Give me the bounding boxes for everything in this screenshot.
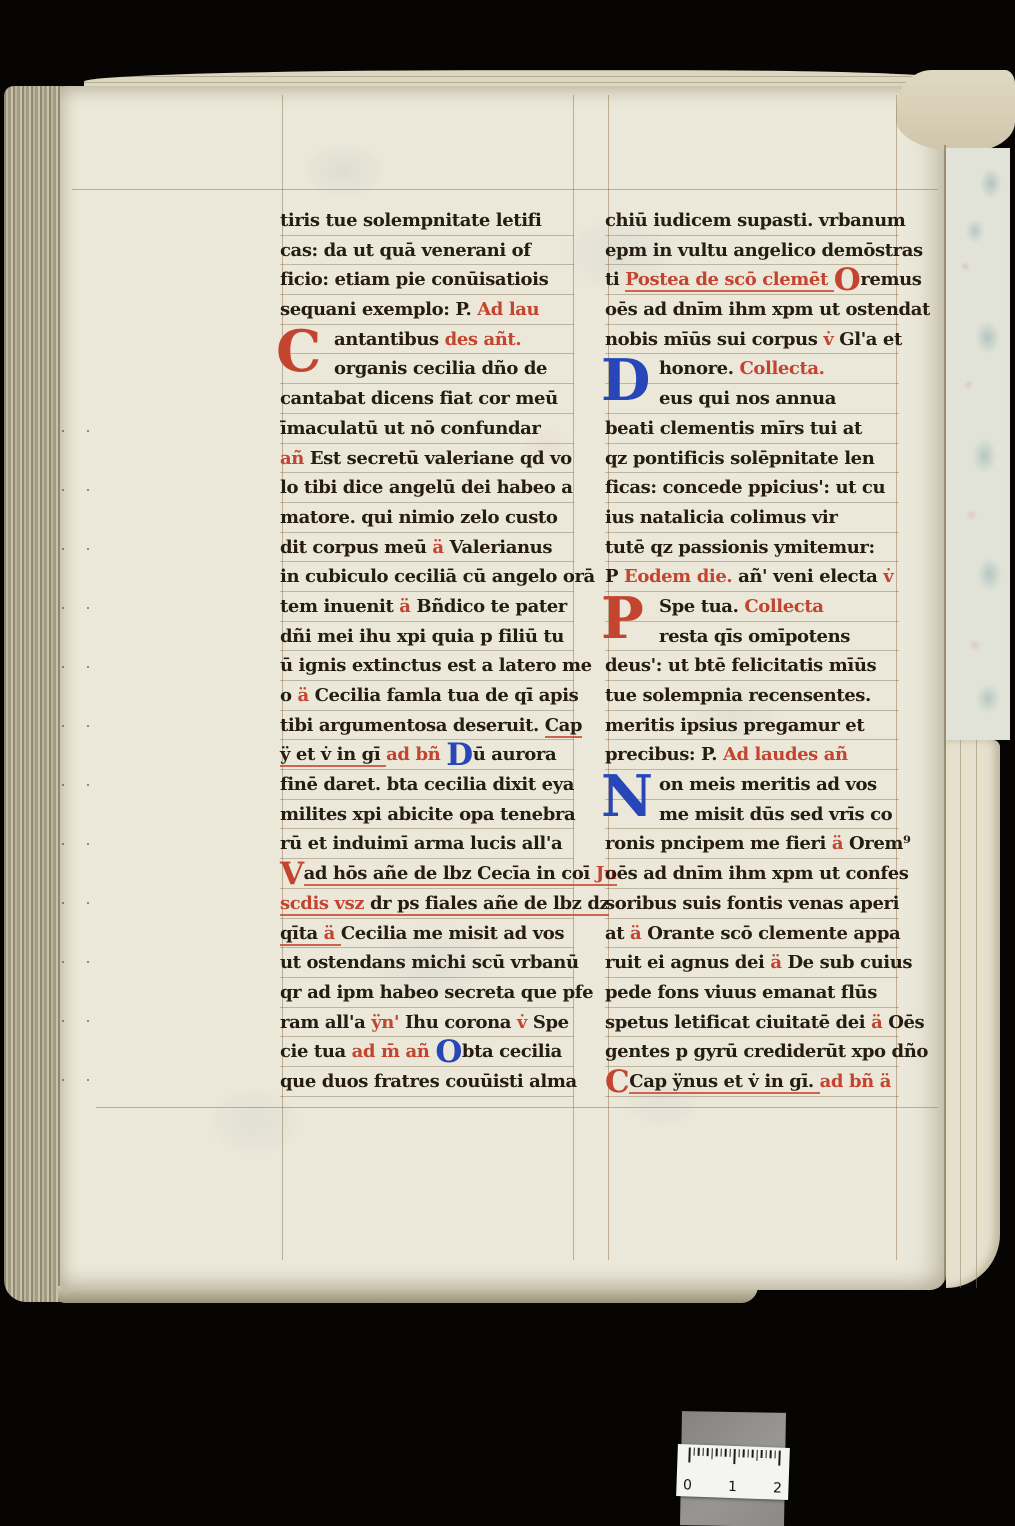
text-segment: finē daret. bta cecilia dixit eya (280, 774, 574, 795)
text-segment: qr ad ipm habeo secreta que pfe (280, 982, 593, 1003)
text-line: CCap ÿnus et v̇ in gī. ad bñ ä (605, 1067, 899, 1097)
text-segment: cie tua (280, 1041, 352, 1062)
text-segment: Cap (545, 715, 582, 738)
text-line: ram all'a ÿn' Ihu corona v̇ Spe (280, 1008, 574, 1038)
text-segment: Bñdico te pater (416, 596, 567, 617)
text-line: Cantantibus des añt. (280, 325, 574, 355)
ruler-label: 1 (728, 1479, 737, 1495)
text-line: tutē qz passionis ymitemur: (605, 533, 899, 563)
text-line: scdis vsz dr ps fiales añe de lbz dz (280, 889, 574, 919)
text-segment: ut ostendans michi scū vrbanū (280, 952, 579, 973)
text-segment: soribus suis fontis venas aperi (605, 893, 899, 914)
text-line: sequani exemplo: P. Ad lau (280, 295, 574, 325)
text-segment: v̇ (517, 1012, 533, 1033)
ruler-tick (688, 1447, 690, 1462)
text-segment: Est secretū valeriane qd vo (310, 448, 572, 469)
text-segment: ä (432, 537, 449, 558)
text-segment: Orante scō clemente appa (647, 923, 900, 944)
ruler-tick (738, 1449, 740, 1457)
text-segment: ū ignis extinctus est a latero me (280, 655, 592, 676)
ruler-tick (693, 1448, 695, 1456)
text-line: chiū iudicem supasti. vrbanum (605, 206, 899, 236)
text-line: at ä Orante scō clemente appa (605, 919, 899, 949)
text-segment: lo tibi dice angelū dei habeo a (280, 477, 573, 498)
text-segment: Postea de scō clemēt (625, 269, 834, 292)
text-line: ruit ei agnus dei ä De sub cuius (605, 948, 899, 978)
ruler-tick (752, 1450, 754, 1458)
text-line: oēs ad dnīm ihm xpm ut confes (605, 859, 899, 889)
text-line: matore. qui nimio zelo custo (280, 503, 574, 533)
text-segment: Oēs (888, 1012, 924, 1033)
text-segment: v̇ (823, 329, 839, 350)
text-segment: bta cecilia (462, 1041, 562, 1062)
text-segment: ram all'a (280, 1012, 371, 1033)
text-line: beati clementis mīrs tui at (605, 414, 899, 444)
text-line: qr ad ipm habeo secreta que pfe (280, 978, 574, 1008)
illuminated-initial: O (834, 271, 861, 289)
marbled-endpaper (946, 148, 1010, 740)
text-segment: eus qui nos annua (659, 388, 836, 409)
text-line: dñi mei ihu xpi quia p filiū tu (280, 622, 574, 652)
ruler-label: 2 (773, 1480, 782, 1496)
text-segment: v̇ (883, 566, 893, 587)
text-segment: ti (605, 269, 625, 290)
text-segment: epm in vultu angelico demōstras (605, 240, 923, 261)
text-segment: ad bñ ä (820, 1071, 891, 1092)
text-line: resta qīs omīpotens (605, 622, 899, 652)
text-segment: dr ps fiales añe de lbz dz (370, 893, 609, 916)
text-line: pede fons viuus emanat flūs (605, 978, 899, 1008)
text-line: cas: da ut quā venerani of (280, 236, 574, 266)
text-line: añ Est secretū valeriane qd vo (280, 444, 574, 474)
text-segment: on meis meritis ad vos (659, 774, 877, 795)
text-segment: añ (280, 448, 310, 469)
text-line: gentes p gyrū crediderūt xpo dño (605, 1037, 899, 1067)
ruling-line-top (72, 189, 938, 190)
text-segment: honore. (659, 358, 739, 379)
ruler-tick (778, 1451, 780, 1466)
text-segment: des añt. (445, 329, 522, 350)
text-segment: tutē qz passionis ymitemur: (605, 537, 875, 558)
text-segment: ius natalicia colimus vir (605, 507, 837, 528)
text-line: ficio: etiam pie conūisatiois (280, 265, 574, 295)
text-line: oēs ad dnīm ihm xpm ut ostendat (605, 295, 899, 325)
text-segment: rū et induimī arma lucis all'a (280, 833, 562, 854)
text-segment: Ihu corona (405, 1012, 517, 1033)
text-segment: Ad lau (477, 299, 539, 320)
text-segment: remus (860, 269, 921, 290)
ruler-tick (765, 1450, 767, 1458)
text-line: meritis ipsius pregamur et (605, 711, 899, 741)
text-line: tiris tue solempnitate letifi (280, 206, 574, 236)
text-segment: Cecilia me misit ad vos (341, 923, 564, 944)
text-segment: dit corpus meū (280, 537, 432, 558)
text-segment: ad m̄ añ (352, 1041, 436, 1062)
text-line: milites xpi abicite opa tenebra (280, 800, 574, 830)
text-segment: ä (770, 952, 787, 973)
text-segment: ad bñ (386, 744, 446, 765)
ruler-tick (747, 1449, 749, 1457)
text-segment: Spe tua. (659, 596, 744, 617)
text-line: in cubiculo ceciliā cū angelo orā (280, 562, 574, 592)
ruling-line-bottom (96, 1107, 938, 1108)
text-segment: milites xpi abicite opa tenebra (280, 804, 575, 825)
ruler-tick (707, 1448, 709, 1456)
pricking-marks (62, 430, 64, 1095)
page-stack-fore-edge (4, 86, 62, 1302)
ruler-tick (725, 1449, 727, 1457)
text-segment: Ad laudes añ (723, 744, 848, 765)
text-segment: beati clementis mīrs tui at (605, 418, 862, 439)
text-segment: tiris tue solempnitate letifi (280, 210, 541, 231)
ruler-tick (743, 1449, 745, 1457)
text-segment: matore. qui nimio zelo custo (280, 507, 557, 528)
text-segment: antantibus (334, 329, 445, 350)
text-line: ronis pncipem me fieri ä Orem⁹ (605, 829, 899, 859)
text-segment: Collecta (744, 596, 823, 617)
text-segment: pede fons viuus emanat flūs (605, 982, 877, 1003)
text-line: organis cecilia dño de (280, 354, 574, 384)
text-segment: que duos fratres couūisti alma (280, 1071, 577, 1092)
text-segment: ä (297, 685, 314, 706)
text-segment: ficas: concede ppicius': ut cu (605, 477, 885, 498)
text-line: soribus suis fontis venas aperi (605, 889, 899, 919)
text-line: rū et induimī arma lucis all'a (280, 829, 574, 859)
text-segment: oēs ad dnīm ihm xpm ut ostendat (605, 299, 930, 320)
text-line: qz pontificis solēpnitate len (605, 444, 899, 474)
text-line: ū ignis extinctus est a latero me (280, 651, 574, 681)
text-segment: ä (324, 923, 341, 946)
ruler-tick (733, 1449, 735, 1464)
text-segment: meritis ipsius pregamur et (605, 715, 864, 736)
gutter-crease (944, 145, 946, 1280)
text-line: Vad hōs añe de lbz Cecīa in coī Ju (280, 859, 574, 889)
text-line: lo tibi dice angelū dei habeo a (280, 473, 574, 503)
text-segment: chiū iudicem supasti. vrbanum (605, 210, 905, 231)
text-segment: tue solempnia recensentes. (605, 685, 871, 706)
leaf-crease (976, 740, 977, 1288)
text-segment: tibi argumentosa deseruit. (280, 715, 545, 736)
text-line: ius natalicia colimus vir (605, 503, 899, 533)
text-segment: deus': ut btē felicitatis mīūs (605, 655, 876, 676)
text-segment: at (605, 923, 630, 944)
text-line: tibi argumentosa deseruit. Cap (280, 711, 574, 741)
leaf-crease (960, 740, 961, 1288)
text-line: cantabat dicens fiat cor meū (280, 384, 574, 414)
text-segment: De sub cuius (787, 952, 912, 973)
text-segment: cantabat dicens fiat cor meū (280, 388, 558, 409)
text-column-right: chiū iudicem supasti. vrbanumepm in vult… (605, 206, 899, 1097)
text-line: Dhonore. Collecta. (605, 354, 899, 384)
ruler-tick (761, 1450, 763, 1458)
illuminated-initial: C (605, 1073, 629, 1091)
manuscript-photo: tiris tue solempnitate letificas: da ut … (0, 0, 1015, 1526)
ruler-tick (729, 1449, 731, 1457)
ruler-tick (770, 1450, 772, 1458)
vellum-cover-corner (896, 70, 1015, 152)
illuminated-initial: P (601, 590, 643, 647)
text-segment: Collecta. (739, 358, 824, 379)
right-leaf-edge (946, 740, 1000, 1288)
text-segment: me misit dūs sed vrīs co (659, 804, 892, 825)
text-line: dit corpus meū ä Valerianus (280, 533, 574, 563)
illuminated-initial: V (280, 865, 304, 883)
text-segment: spetus letificat ciuitatē dei (605, 1012, 871, 1033)
text-segment: Cecilia famla tua de qī apis (315, 685, 579, 706)
text-segment: ä (871, 1012, 888, 1033)
text-line: o ä Cecilia famla tua de qī apis (280, 681, 574, 711)
text-segment: īmaculatū ut nō confundar (280, 418, 541, 439)
text-line: cie tua ad m̄ añ Obta cecilia (280, 1037, 574, 1067)
scale-ruler: 0 1 2 (676, 1444, 790, 1500)
text-segment: ÿ et v̇ in gī (280, 744, 386, 767)
ruler-tick (711, 1448, 713, 1459)
illuminated-initial: C (276, 323, 321, 380)
text-segment: resta qīs omīpotens (659, 626, 850, 647)
text-line: spetus letificat ciuitatē dei ä Oēs (605, 1008, 899, 1038)
text-segment: sequani exemplo: P. (280, 299, 477, 320)
text-segment: ä (399, 596, 416, 617)
text-segment: ruit ei agnus dei (605, 952, 770, 973)
text-segment: Gl'a et (839, 329, 902, 350)
text-line: ÿ et v̇ in gī ad bñ Dū aurora (280, 740, 574, 770)
text-segment: ä (630, 923, 647, 944)
text-line: finē daret. bta cecilia dixit eya (280, 770, 574, 800)
text-segment: Orem⁹ (849, 833, 911, 854)
illuminated-initial: N (601, 768, 653, 825)
illuminated-initial: O (435, 1043, 462, 1061)
text-line: P Eodem die. añ' veni electa v̇ (605, 562, 899, 592)
text-segment: scdis vsz (280, 893, 370, 916)
text-segment: Valerianus (450, 537, 553, 558)
text-column-left: tiris tue solempnitate letificas: da ut … (280, 206, 574, 1097)
ruler-tick (716, 1448, 718, 1456)
text-segment: in cubiculo ceciliā cū angelo orā (280, 566, 595, 587)
text-line: tue solempnia recensentes. (605, 681, 899, 711)
text-line: ficas: concede ppicius': ut cu (605, 473, 899, 503)
text-segment: gentes p gyrū crediderūt xpo dño (605, 1041, 928, 1062)
text-line: Non meis meritis ad vos (605, 770, 899, 800)
text-line: tem inuenit ä Bñdico te pater (280, 592, 574, 622)
ruler-tick (698, 1448, 700, 1456)
text-segment: dñi mei ihu xpi quia p filiū tu (280, 626, 564, 647)
text-segment: ficio: etiam pie conūisatiois (280, 269, 548, 290)
text-segment: oēs ad dnīm ihm xpm ut confes (605, 863, 909, 884)
ruler-label: 0 (683, 1477, 692, 1493)
text-segment: qīta (280, 923, 324, 946)
ruler-tick (774, 1450, 776, 1458)
text-segment: ÿn' (371, 1012, 405, 1033)
text-segment: ä (832, 833, 849, 854)
ruler-tick (702, 1448, 704, 1456)
text-segment: organis cecilia dño de (334, 358, 547, 379)
text-segment: ad hōs añe de lbz Cecīa in coī (304, 863, 596, 886)
text-segment: tem inuenit (280, 596, 399, 617)
text-segment: Cap ÿnus et v̇ in gī. (629, 1071, 819, 1094)
text-line: qīta ä Cecilia me misit ad vos (280, 919, 574, 949)
pricking-marks (87, 430, 89, 1095)
ruler-tick (756, 1450, 758, 1461)
text-segment: añ' veni electa (738, 566, 883, 587)
illuminated-initial: D (601, 352, 650, 409)
text-segment: cas: da ut quā venerani of (280, 240, 531, 261)
text-line: īmaculatū ut nō confundar (280, 414, 574, 444)
text-line: epm in vultu angelico demōstras (605, 236, 899, 266)
text-line: ti Postea de scō clemēt Oremus (605, 265, 899, 295)
text-segment: ū aurora (473, 744, 557, 765)
text-line: deus': ut btē felicitatis mīūs (605, 651, 899, 681)
illuminated-initial: D (446, 746, 472, 764)
text-segment: o (280, 685, 297, 706)
text-segment: ronis pncipem me fieri (605, 833, 832, 854)
text-line: PSpe tua. Collecta (605, 592, 899, 622)
text-line: que duos fratres couūisti alma (280, 1067, 574, 1097)
text-line: ut ostendans michi scū vrbanū (280, 948, 574, 978)
ruler-tick (720, 1449, 722, 1457)
text-segment: Spe (533, 1012, 569, 1033)
text-segment: qz pontificis solēpnitate len (605, 448, 874, 469)
